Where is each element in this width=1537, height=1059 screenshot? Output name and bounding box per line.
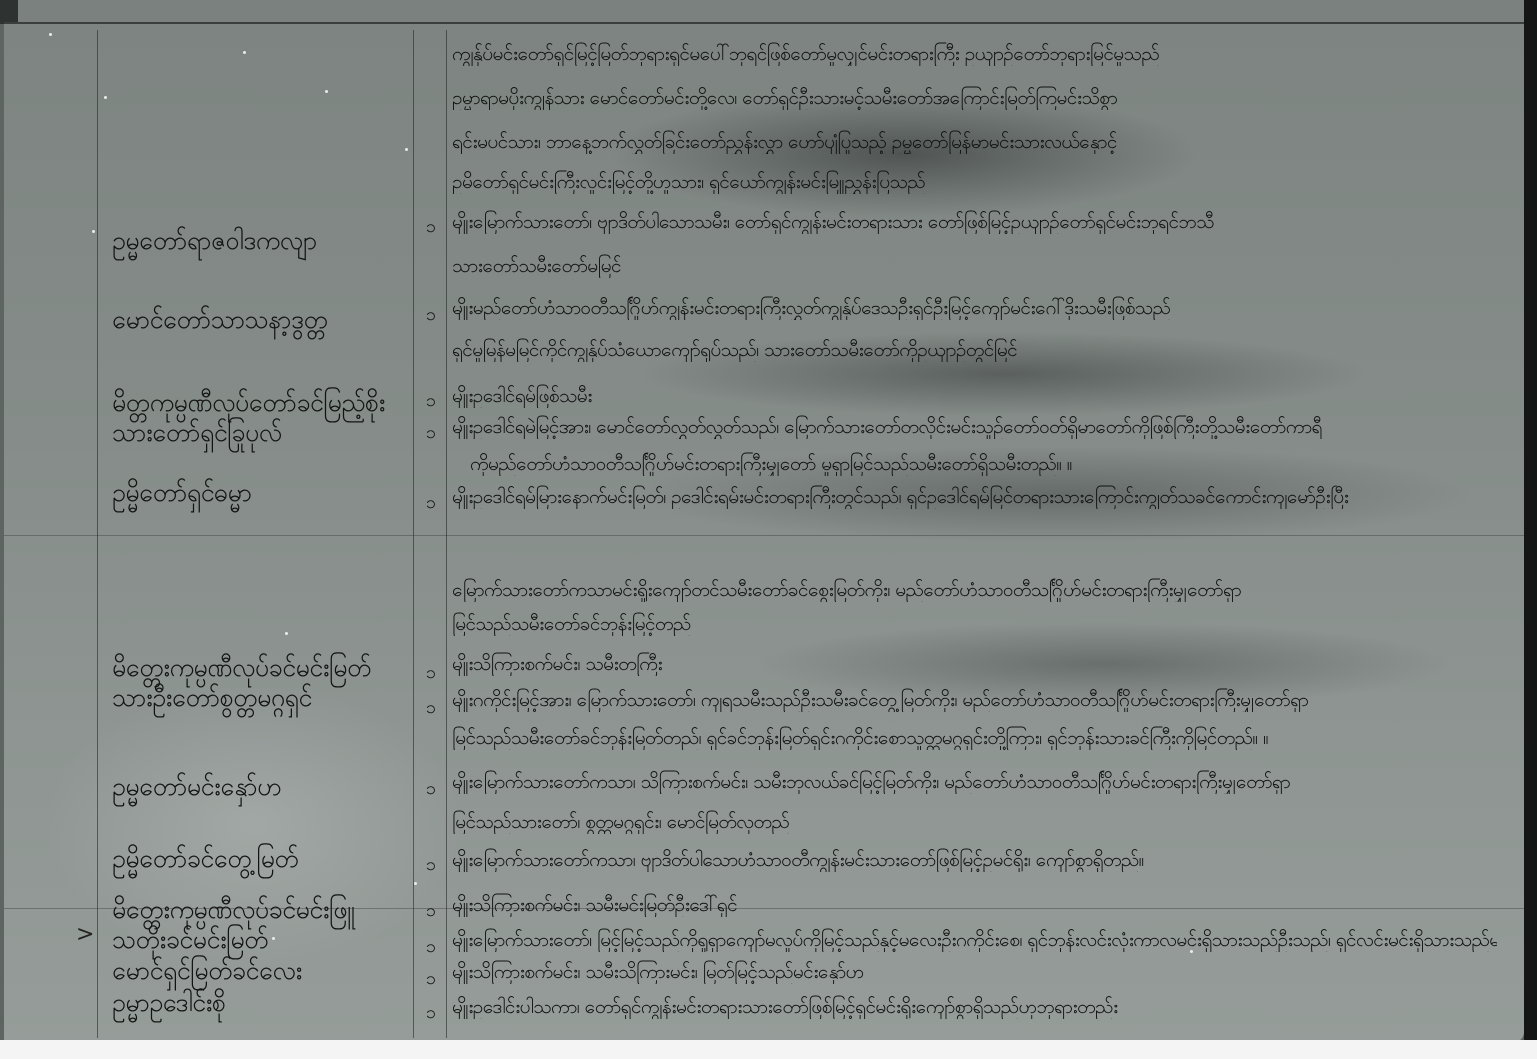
intro-line: ဥမ္မာရာမပိုးကျွန်သား မောင်တော်မင်းတို့လေ… (452, 86, 1497, 110)
dust-speck (272, 937, 275, 940)
dust-speck (243, 51, 246, 54)
item-marker: ၁ (426, 966, 436, 993)
entry-label: ဥမ္မိတော်ရှင်ဓမ္မာ (112, 478, 252, 508)
column-divider-rule (413, 30, 414, 1038)
entry-line: မြင်သည်သမီးတော်ခင်ဘုန်းမြင့်တည် (452, 612, 1497, 636)
item-marker: ၁ (426, 490, 436, 517)
entry-label: မိတ္တေးကုမ္ပဏီလုပ်ခင်မင်းဖြူ (112, 895, 354, 925)
item-marker: ၁ (426, 660, 436, 687)
dust-speck (405, 148, 408, 151)
item-marker: ၁ (426, 1000, 436, 1027)
photo-top-border (0, 0, 1537, 24)
entry-line: မြောက်သားတော်ကသာမင်းရှိုးကျော်တင်သမီးတော… (452, 578, 1497, 602)
entry-line: မျိုးဥဒေါင်ရမဲမြင့်အား၊ မောင်တော်လွှတ်လွ… (452, 415, 1497, 439)
dust-speck (104, 96, 107, 99)
dust-speck (325, 90, 328, 93)
item-marker: ၁ (426, 388, 436, 415)
entry-line: ရှင်မူမြန်မမြင်ကိုင်ကျွန်ုပ်သံယောကျော်ရု… (452, 338, 1497, 362)
intro-line: ရင်းမပင်သား၊ ဘာနေ့ဘက်လွှတ်ခြင်းတော်ညွှန်… (452, 130, 1497, 154)
entry-label: မောင်တော်သာသနာ့ဒွတ္တ (112, 305, 327, 335)
entry-line: မြင်သည်သားတော်၊ စွတ္တမဂ္ဂရှင်း၊ မောင်မြတ… (452, 810, 1497, 834)
manuscript-photo: ကျွန်ုပ်မင်းတော်ရှင်မြင့်မြတ်ဘုရားရှင်မပ… (0, 0, 1537, 1040)
item-marker: ၁ (426, 852, 436, 879)
entry-line: မျိုးဥဒေါင်ရမ်မြားနောက်မင်းမြတ်၊ ဥဒေါင်း… (452, 485, 1497, 509)
photo-bottom-margin (0, 1040, 1537, 1059)
dust-speck (1190, 950, 1193, 953)
entry-line: မျိုးမြောက်သားတော်၊ မြင့်မြင့်သည်ကိုရှုရ… (452, 928, 1497, 952)
entry-label: ဥမ္မတော်ရာဇဝါဒကလျာ (112, 226, 317, 256)
item-marker: ၁ (426, 934, 436, 961)
entry-label: ဥမ္မိတော်ခင်တွေ့မြတ် (112, 844, 298, 874)
dust-speck (49, 33, 52, 36)
dust-speck (285, 632, 288, 635)
entry-line: မျိုးသိကြားစက်မင်း၊ သမီးတကြီး (452, 652, 1497, 676)
entry-line: မျိုးမြောက်သားတော်ကသာ၊ ဗျာဒိတ်ပါသောဟံသာဝ… (452, 848, 1497, 872)
text-margin-rule (446, 30, 447, 1038)
fold-line (4, 535, 1524, 536)
side-mark: > (76, 922, 94, 947)
dust-speck (414, 882, 417, 885)
item-marker: ၁ (426, 420, 436, 447)
entry-line: မျိုးဥဒေါင်းပါသကာ၊ တော်ရှင်ကျွန်းမင်းတရာ… (452, 995, 1497, 1019)
entry-line: မျိုးဥဒေါင်ရမ်ဖြစ်သမီး (452, 384, 1497, 408)
entry-line: မျိုးဂကိုင်းမြင့်အား၊ မြောက်သားတော်၊ ကျရ… (452, 688, 1497, 712)
intro-line: ဥမိတော်ရှင်မင်းကြီးလှုင်းမြင့်တို့ဟူသား၊… (452, 170, 1497, 194)
entry-line: မျိုးသိကြားစက်မင်း၊ သမီးသိကြားမင်း၊ မြတ်… (452, 960, 1497, 984)
entry-label: ဥမ္မတော်မင်းနှော်ဟ (112, 772, 281, 802)
entry-label: မိတ္တေးကုမ္ပဏီလုပ်ခင်မင်းမြတ် သားဦးတော်စ… (112, 653, 407, 713)
left-margin-rule (97, 30, 98, 1038)
item-marker: ၁ (426, 776, 436, 803)
entry-line: ကိုမည်တော်ဟံသာဝတီသင်္ဂြိုဟ်မင်းတရားကြီးမ… (470, 452, 1515, 476)
entry-line: မျိုးမြောက်သားတော်ကသာ၊ သိကြားစက်မင်း၊ သမ… (452, 770, 1497, 794)
entry-line: မျိုးမြောက်သားတော်၊ ဗျာဒိတ်ပါသောသမီး၊ တေ… (452, 210, 1497, 234)
item-marker: ၁ (426, 302, 436, 329)
entry-label: ဥမ္မာဥဒေါင်းစို (112, 988, 226, 1018)
entry-line: မြင်သည်သမီးတော်ခင်ဘုန်းမြတ်တည်၊ ရှင်ခင်ဘ… (452, 726, 1497, 750)
item-marker: ၁ (426, 898, 436, 925)
intro-line: ကျွန်ုပ်မင်းတော်ရှင်မြင့်မြတ်ဘုရားရှင်မပ… (452, 42, 1497, 66)
entry-label: မိတ္တကုမ္ပဏီလုပ်တော်ခင်မြည့်စိုး သားတော်… (112, 388, 407, 448)
entry-line: မျိုးသိကြားစက်မင်း၊ သမီးမင်းမြတ်ဦးဒေါ်ရှ… (452, 893, 1497, 917)
entry-label: မောင်ရှင်မြတ်ခင်လေး (112, 956, 302, 986)
entry-label: သတိုးခင်မင်းမြတ် (112, 925, 268, 955)
entry-line: မျိုးမည်တော်ဟံသာဝတီသင်္ဂြိုဟ်ကျွန်းမင်းတ… (452, 296, 1497, 320)
item-marker: ၁ (426, 695, 436, 722)
entry-line: သားတော်သမီးတော်မမြင် (452, 254, 1497, 278)
item-marker: ၁ (426, 214, 436, 241)
dust-speck (92, 230, 95, 233)
photo-right-border (1524, 0, 1537, 1040)
